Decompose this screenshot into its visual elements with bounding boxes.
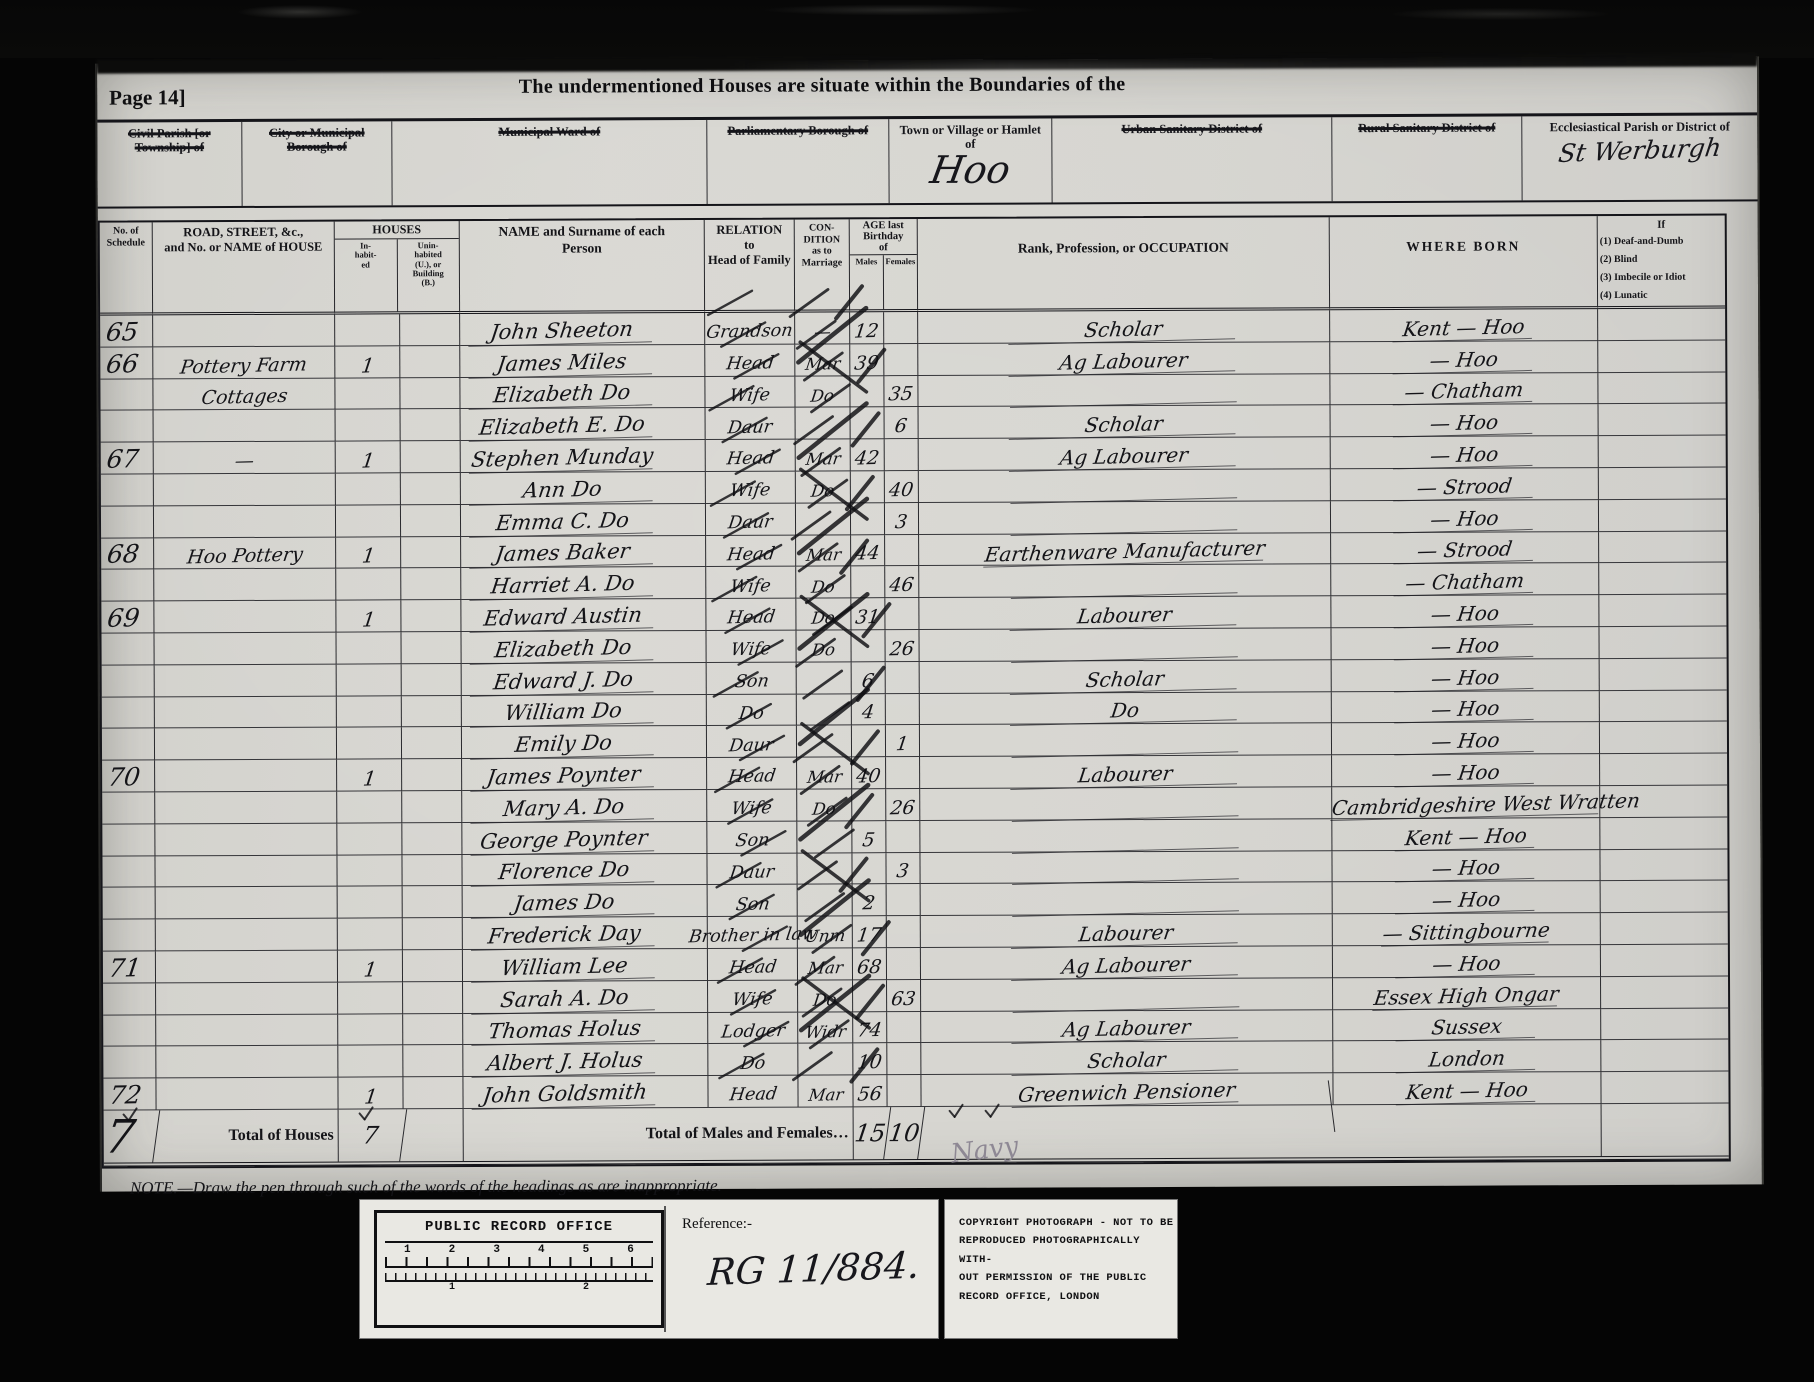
pro-ruler: 123456 12 bbox=[385, 1241, 653, 1293]
cell-road bbox=[155, 792, 337, 825]
handwritten-entry: Kent — Hoo bbox=[1393, 316, 1535, 343]
header-disability-if: If bbox=[1600, 219, 1723, 232]
cell-name: Edward Austin bbox=[461, 599, 706, 632]
handwritten-entry: John Goldsmith bbox=[472, 1081, 658, 1110]
cell-occupation bbox=[919, 628, 1331, 662]
handwritten-entry: 65 bbox=[104, 319, 140, 347]
cell-schedule: 72 bbox=[103, 1078, 156, 1110]
houses-total-margin: 7 bbox=[100, 1110, 160, 1162]
boundary-cell: Civil Parish [or Township] of bbox=[97, 122, 242, 207]
cell-inhabited bbox=[337, 728, 402, 760]
handwritten-entry: Do bbox=[811, 611, 837, 630]
total-males-females-label: Total of Males and Females… bbox=[464, 1107, 854, 1161]
totals-row: 7 Total of Houses 7 Total of Males and F… bbox=[104, 1103, 1729, 1166]
cell-born: — Hoo bbox=[1332, 659, 1600, 692]
cell-occupation: Earthenware Manufacturer bbox=[919, 533, 1331, 567]
handwritten-entry: Stephen Munday bbox=[469, 445, 655, 474]
census-sheet: Page 14] The undermentioned Houses are s… bbox=[95, 56, 1764, 1191]
cell-road bbox=[154, 633, 336, 666]
boundary-cell: City or Municipal Borough of bbox=[242, 121, 392, 206]
cell-name: Frederick Day bbox=[463, 917, 708, 950]
cell-age_m: 39 bbox=[850, 344, 884, 376]
cell-uninhabited bbox=[403, 1014, 463, 1046]
cell-relation: Daur bbox=[707, 726, 797, 758]
cell-age_f bbox=[887, 1043, 921, 1075]
pro-ruler2-numbers: 12 bbox=[385, 1282, 653, 1293]
handwritten-entry: Son bbox=[734, 896, 770, 916]
cell-relation: Head bbox=[707, 758, 797, 790]
cell-born: — Chatham bbox=[1331, 563, 1599, 596]
cell-uninhabited bbox=[400, 378, 460, 410]
cell-disability bbox=[1601, 881, 1728, 913]
handwritten-entry: James Do bbox=[471, 890, 657, 919]
cell-age_f bbox=[887, 1012, 921, 1044]
cell-name: William Lee bbox=[463, 949, 708, 982]
cell-relation: Do bbox=[707, 694, 797, 726]
cell-relation: Head bbox=[708, 949, 798, 981]
cell-age_f: 3 bbox=[886, 853, 920, 885]
cell-age_f bbox=[887, 916, 921, 948]
handwritten-entry: Cottages bbox=[200, 387, 289, 410]
cell-road bbox=[156, 982, 338, 1015]
table-body: 65John SheetonGrandson—12ScholarKent — H… bbox=[100, 309, 1728, 1111]
boundary-cell: Ecclesiastical Parish or District ofSt W… bbox=[1522, 115, 1757, 200]
handwritten-entry: Emma C. Do bbox=[469, 509, 655, 538]
cell-inhabited: 1 bbox=[336, 441, 401, 473]
cell-inhabited bbox=[336, 505, 401, 537]
handwritten-entry: 4 bbox=[861, 703, 876, 724]
cell-inhabited bbox=[337, 855, 402, 887]
cell-road: Hoo Pottery bbox=[154, 537, 336, 570]
handwritten-entry: 40 bbox=[855, 767, 882, 789]
cell-inhabited bbox=[335, 378, 400, 410]
handwritten-entry: — Hoo bbox=[1394, 697, 1536, 724]
cell-road bbox=[155, 823, 337, 856]
handwritten-entry: Head bbox=[728, 1087, 778, 1108]
handwritten-entry: Ag Labourer bbox=[1012, 1016, 1242, 1045]
header-houses-group: HOUSES In- habit- ed Unin- habited (U.),… bbox=[335, 221, 460, 315]
cell-occupation: Labourer bbox=[921, 914, 1333, 948]
boundary-handwritten-value bbox=[1336, 137, 1517, 138]
cell-inhabited bbox=[335, 314, 400, 346]
cell-condition: Do bbox=[796, 599, 851, 631]
boundary-label: Parliamentary Borough of bbox=[711, 123, 884, 138]
cell-disability bbox=[1601, 976, 1728, 1008]
cell-occupation: Scholar bbox=[918, 310, 1330, 344]
cell-relation: Brother in law bbox=[708, 917, 798, 949]
cell-schedule: 70 bbox=[102, 761, 155, 793]
cell-condition: Mar bbox=[795, 344, 850, 376]
handwritten-entry: Brother in law bbox=[687, 927, 818, 950]
boundary-handwritten-value: Hoo bbox=[890, 147, 1052, 192]
cell-uninhabited bbox=[400, 346, 460, 378]
handwritten-entry: 5 bbox=[861, 831, 876, 852]
handwritten-entry: Do bbox=[812, 992, 838, 1011]
cell-condition: — bbox=[795, 312, 850, 344]
table-header-row: No. of Schedule ROAD, STREET, &c., and N… bbox=[100, 216, 1725, 316]
cell-road bbox=[156, 887, 338, 920]
handwritten-entry: 1 bbox=[360, 546, 376, 568]
cell-age_f bbox=[886, 662, 920, 694]
cell-condition: Do bbox=[798, 980, 853, 1012]
cell-name: Albert J. Holus bbox=[463, 1044, 708, 1077]
cell-uninhabited bbox=[401, 505, 461, 537]
cell-inhabited bbox=[336, 473, 401, 505]
handwritten-entry: Scholar bbox=[1010, 666, 1240, 695]
cell-age_m bbox=[852, 853, 886, 885]
cell-road bbox=[154, 474, 336, 507]
handwritten-entry: 72 bbox=[108, 1082, 144, 1110]
cell-age_f: 46 bbox=[885, 566, 919, 598]
cell-schedule bbox=[101, 633, 154, 665]
handwritten-entry: 63 bbox=[890, 989, 917, 1011]
copyright-stamp: COPYRIGHT PHOTOGRAPH - NOT TO BE REPRODU… bbox=[945, 1200, 1177, 1338]
cell-relation: Wife bbox=[707, 790, 797, 822]
handwritten-entry: Earthenware Manufacturer bbox=[983, 538, 1266, 568]
cell-name: James Miles bbox=[460, 345, 705, 378]
boundary-label: Rural Sanitary District of bbox=[1336, 120, 1517, 135]
totals-disability-empty bbox=[1602, 1103, 1729, 1156]
ruler-number: 1 bbox=[404, 1244, 411, 1256]
cell-condition bbox=[798, 885, 853, 917]
cell-age_m: 56 bbox=[853, 1075, 887, 1107]
header-schedule: No. of Schedule bbox=[100, 222, 153, 315]
boundary-cell: Parliamentary Borough of bbox=[707, 119, 889, 204]
cell-schedule bbox=[102, 697, 155, 729]
cell-age_f: 26 bbox=[885, 630, 919, 662]
cell-age_m bbox=[850, 376, 884, 408]
handwritten-entry: Do bbox=[739, 1055, 766, 1075]
handwritten-entry: 68 bbox=[856, 958, 883, 980]
cell-disability bbox=[1598, 340, 1725, 372]
header-houses: HOUSES bbox=[335, 221, 459, 240]
boundary-cell: Municipal Ward of bbox=[392, 120, 707, 205]
cell-condition: Unm bbox=[798, 916, 853, 948]
cell-born: — Hoo bbox=[1332, 722, 1600, 755]
cell-uninhabited bbox=[402, 855, 462, 887]
cell-age_m: 42 bbox=[851, 439, 885, 471]
handwritten-entry: Grandson bbox=[705, 323, 794, 345]
footnote-text: NOTE.—Draw the pen through such of the w… bbox=[130, 1176, 722, 1198]
cell-inhabited bbox=[336, 632, 401, 664]
handwritten-entry: 70 bbox=[106, 764, 142, 792]
handwritten-entry: Son bbox=[734, 832, 770, 852]
cell-born: — Hoo bbox=[1333, 945, 1601, 978]
cell-name: John Sheeton bbox=[460, 313, 705, 346]
header-age-group: AGE last Birthday of Males Females bbox=[850, 219, 918, 312]
header-females: Females bbox=[884, 255, 917, 309]
cell-inhabited bbox=[337, 823, 402, 855]
cell-condition bbox=[797, 662, 852, 694]
cell-age_f: 63 bbox=[887, 980, 921, 1012]
cell-name: Florence Do bbox=[462, 854, 707, 887]
handwritten-entry: Elizabeth Do bbox=[469, 382, 655, 411]
header-condition: CON- DITION as to Marriage bbox=[795, 219, 850, 312]
handwritten-entry: — Hoo bbox=[1394, 729, 1536, 756]
cell-uninhabited bbox=[401, 441, 461, 473]
boundary-label: City or Municipal Borough of bbox=[246, 125, 387, 154]
handwritten-entry: Essex High Ongar bbox=[1373, 983, 1561, 1011]
cell-name: Elizabeth Do bbox=[460, 377, 705, 410]
cell-inhabited bbox=[337, 664, 402, 696]
cell-disability bbox=[1601, 1040, 1728, 1072]
cell-road bbox=[154, 410, 336, 443]
copyright-text: COPYRIGHT PHOTOGRAPH - NOT TO BE REPRODU… bbox=[959, 1214, 1177, 1306]
cell-name: Elizabeth E. Do bbox=[461, 408, 706, 441]
handwritten-entry: Elizabeth E. Do bbox=[469, 413, 655, 442]
handwritten-entry: Mar bbox=[804, 356, 841, 375]
handwritten-entry: — Strood bbox=[1393, 475, 1535, 502]
cell-name: George Poynter bbox=[462, 822, 707, 855]
cell-born: — Hoo bbox=[1331, 627, 1599, 660]
cell-born: — Strood bbox=[1331, 532, 1599, 565]
ruler-number: 2 bbox=[449, 1244, 456, 1256]
cell-schedule bbox=[101, 506, 154, 538]
cell-schedule: 66 bbox=[100, 347, 153, 379]
ruler-number: 6 bbox=[627, 1244, 634, 1256]
handwritten-entry: Do bbox=[1010, 698, 1240, 727]
handwritten-entry: Daur bbox=[728, 737, 775, 758]
handwritten-entry: Hoo Pottery bbox=[185, 546, 303, 570]
cell-disability bbox=[1599, 563, 1726, 595]
cell-name: William Do bbox=[462, 695, 707, 728]
cell-occupation: Labourer bbox=[919, 596, 1331, 630]
cell-schedule bbox=[103, 920, 156, 952]
cell-schedule bbox=[101, 411, 154, 443]
handwritten-entry: — Chatham bbox=[1394, 570, 1536, 597]
cell-road bbox=[155, 728, 337, 761]
handwritten-entry: Do bbox=[738, 705, 765, 725]
cell-age_f bbox=[884, 344, 918, 376]
cell-uninhabited bbox=[403, 982, 463, 1014]
cell-schedule bbox=[102, 729, 155, 761]
cell-condition bbox=[798, 1044, 853, 1076]
cell-uninhabited bbox=[403, 1045, 463, 1077]
cell-inhabited: 1 bbox=[335, 346, 400, 378]
cell-road bbox=[156, 1014, 338, 1047]
cell-born: — Hoo bbox=[1332, 691, 1600, 724]
ruler-number: 4 bbox=[538, 1244, 545, 1256]
cell-relation: Daur bbox=[706, 408, 796, 440]
cell-occupation: Ag Labourer bbox=[918, 342, 1330, 376]
handwritten-entry: Ag Labourer bbox=[1012, 952, 1242, 981]
cell-age_f bbox=[886, 821, 920, 853]
handwritten-entry: Wife bbox=[729, 578, 772, 599]
cell-condition: Mar bbox=[798, 948, 853, 980]
cell-uninhabited bbox=[401, 600, 461, 632]
handwritten-entry: Head bbox=[726, 610, 776, 631]
pro-stamp-title: PUBLIC RECORD OFFICE bbox=[385, 1219, 653, 1235]
cell-road bbox=[155, 760, 337, 793]
cell-disability bbox=[1599, 436, 1726, 468]
microfilm-frame: Page 14] The undermentioned Houses are s… bbox=[0, 0, 1814, 1382]
header-disabilities: If (1) Deaf-and-Dumb (2) Blind (3) Imbec… bbox=[1598, 216, 1725, 310]
cell-born: — Chatham bbox=[1330, 373, 1598, 406]
handwritten-entry: James Poynter bbox=[470, 763, 656, 792]
cell-age_m: 2 bbox=[853, 885, 887, 917]
cell-age_m: 10 bbox=[853, 1044, 887, 1076]
handwritten-entry: — Hoo bbox=[1394, 665, 1536, 692]
cell-inhabited bbox=[336, 569, 401, 601]
cell-disability bbox=[1601, 944, 1728, 976]
ruler-number: 1 bbox=[449, 1282, 455, 1293]
cell-schedule bbox=[103, 983, 156, 1015]
cell-age_m: 6 bbox=[852, 662, 886, 694]
cell-schedule bbox=[101, 474, 154, 506]
handwritten-entry: Florence Do bbox=[471, 859, 657, 888]
cell-occupation bbox=[921, 978, 1333, 1012]
cell-age_f bbox=[885, 439, 919, 471]
cell-road: — bbox=[154, 442, 336, 475]
handwritten-entry: 42 bbox=[854, 449, 881, 471]
handwritten-entry: Cambridgeshire West Wratten bbox=[1330, 791, 1601, 821]
handwritten-entry: William Do bbox=[470, 700, 656, 729]
header-where-born: WHERE BORN bbox=[1330, 216, 1598, 310]
handwritten-entry: Wife bbox=[731, 991, 774, 1012]
cell-disability bbox=[1599, 499, 1726, 531]
cell-occupation: Scholar bbox=[921, 1042, 1333, 1076]
cell-age_f bbox=[885, 535, 919, 567]
cell-uninhabited bbox=[402, 759, 462, 791]
cell-schedule bbox=[100, 379, 153, 411]
ruler-number: 2 bbox=[583, 1282, 589, 1293]
handwritten-entry: — Chatham bbox=[1393, 379, 1535, 406]
cell-inhabited bbox=[338, 887, 403, 919]
cell-road bbox=[156, 919, 338, 952]
ruler-number: 5 bbox=[583, 1244, 590, 1256]
handwritten-entry: 44 bbox=[854, 544, 881, 566]
cell-schedule bbox=[103, 1015, 156, 1047]
cell-inhabited bbox=[336, 410, 401, 442]
cell-age_m: 12 bbox=[850, 312, 884, 344]
cell-name: Harriet A. Do bbox=[461, 567, 706, 600]
cell-schedule: 67 bbox=[101, 443, 154, 475]
cell-uninhabited bbox=[403, 1077, 463, 1109]
header-inhabited: In- habit- ed bbox=[335, 239, 398, 311]
cell-inhabited bbox=[338, 1046, 403, 1078]
handwritten-entry: — Hoo bbox=[1395, 856, 1537, 883]
handwritten-entry: Sarah A. Do bbox=[471, 986, 657, 1015]
handwritten-entry: 3 bbox=[894, 513, 909, 534]
totals-spacer bbox=[404, 1109, 464, 1161]
handwritten-entry: 1 bbox=[361, 609, 377, 631]
cell-road bbox=[154, 505, 336, 538]
cell-occupation bbox=[920, 819, 1332, 853]
header-name: NAME and Surname of each Person bbox=[460, 220, 705, 314]
cell-relation: Grandson bbox=[705, 313, 795, 345]
cell-uninhabited bbox=[403, 918, 463, 950]
header-age: AGE last Birthday of bbox=[850, 219, 917, 255]
cell-age_m bbox=[851, 503, 885, 535]
handwritten-entry: Head bbox=[726, 546, 776, 567]
cell-name: Thomas Holus bbox=[463, 1012, 708, 1045]
cell-born: — Hoo bbox=[1331, 436, 1599, 469]
cell-age_m bbox=[851, 567, 885, 599]
cell-road bbox=[155, 696, 337, 729]
boundary-cell: Rural Sanitary District of bbox=[1332, 116, 1522, 201]
cell-age_m bbox=[851, 471, 885, 503]
handwritten-entry: Labourer bbox=[1011, 761, 1241, 790]
cell-age_f bbox=[884, 312, 918, 344]
cell-age_f: 40 bbox=[885, 471, 919, 503]
cell-occupation bbox=[920, 851, 1332, 885]
cell-born: Sussex bbox=[1333, 1009, 1601, 1042]
handwritten-entry: Labourer bbox=[1011, 920, 1241, 949]
cell-disability bbox=[1600, 722, 1727, 754]
handwritten-entry: Daur bbox=[729, 864, 776, 885]
cell-born: Kent — Hoo bbox=[1330, 309, 1598, 342]
handwritten-entry: Mar bbox=[804, 452, 841, 471]
cell-road bbox=[156, 1046, 338, 1079]
cell-age_m bbox=[853, 980, 887, 1012]
boundary-handwritten-value bbox=[101, 157, 237, 158]
cell-age_m: 44 bbox=[851, 535, 885, 567]
cell-condition: Widr bbox=[798, 1012, 853, 1044]
cell-disability bbox=[1600, 658, 1727, 690]
cell-disability bbox=[1601, 913, 1728, 945]
cell-age_m: 4 bbox=[852, 694, 886, 726]
cell-age_f bbox=[885, 598, 919, 630]
handwritten-entry: Do bbox=[810, 388, 836, 407]
cell-disability bbox=[1600, 754, 1727, 786]
cell-relation: Daur bbox=[707, 853, 797, 885]
cell-inhabited bbox=[338, 1014, 403, 1046]
boundary-handwritten-value bbox=[711, 140, 884, 141]
cell-occupation bbox=[920, 724, 1332, 758]
header-disability-items: (1) Deaf-and-Dumb (2) Blind (3) Imbecile… bbox=[1600, 236, 1686, 301]
public-record-office-stamp: PUBLIC RECORD OFFICE 123456 12 Reference… bbox=[360, 1200, 938, 1338]
handwritten-entry: Edward J. Do bbox=[470, 668, 656, 697]
cell-born: — Strood bbox=[1331, 468, 1599, 501]
cell-road bbox=[155, 855, 337, 888]
cell-condition: Do bbox=[796, 630, 851, 662]
cell-age_m: 17 bbox=[853, 916, 887, 948]
cell-road bbox=[156, 951, 338, 984]
boundary-cell: Town or Village or Hamlet ofHoo bbox=[889, 118, 1052, 203]
cell-inhabited: 1 bbox=[338, 1077, 403, 1109]
boundary-label: Urban Sanitary District of bbox=[1056, 121, 1327, 137]
handwritten-entry: London bbox=[1396, 1047, 1538, 1074]
handwritten-entry: Do bbox=[811, 642, 837, 661]
cell-occupation: Do bbox=[920, 692, 1332, 726]
handwritten-entry: 1 bbox=[359, 355, 375, 377]
cell-uninhabited bbox=[402, 823, 462, 855]
boundary-cell: Urban Sanitary District of bbox=[1052, 117, 1332, 202]
handwritten-entry: Head bbox=[727, 769, 777, 790]
cell-condition: Do bbox=[795, 376, 850, 408]
cell-uninhabited bbox=[402, 727, 462, 759]
cell-name: Mary A. Do bbox=[462, 790, 707, 823]
females-total-value: 10 bbox=[884, 1107, 925, 1159]
cell-disability bbox=[1601, 1072, 1728, 1104]
handwritten-entry: — bbox=[233, 452, 255, 473]
header-relation: RELATION to Head of Family bbox=[705, 220, 795, 313]
handwritten-entry: Albert J. Holus bbox=[472, 1049, 658, 1078]
handwritten-entry: 6 bbox=[861, 672, 876, 693]
cell-road bbox=[156, 1078, 338, 1111]
handwritten-entry: — Hoo bbox=[1393, 411, 1535, 438]
cell-born: — Sittingbourne bbox=[1333, 913, 1601, 946]
handwritten-entry: Ag Labourer bbox=[1009, 348, 1239, 377]
cell-name: Ann Do bbox=[461, 472, 706, 505]
cell-inhabited bbox=[337, 696, 402, 728]
boundary-handwritten-value: St Werburgh bbox=[1524, 132, 1756, 170]
cell-disability bbox=[1600, 690, 1727, 722]
cell-name: Emma C. Do bbox=[461, 504, 706, 537]
handwritten-entry: Widr bbox=[804, 1024, 847, 1044]
handwritten-entry: Elizabeth Do bbox=[470, 636, 656, 665]
cell-uninhabited bbox=[401, 473, 461, 505]
